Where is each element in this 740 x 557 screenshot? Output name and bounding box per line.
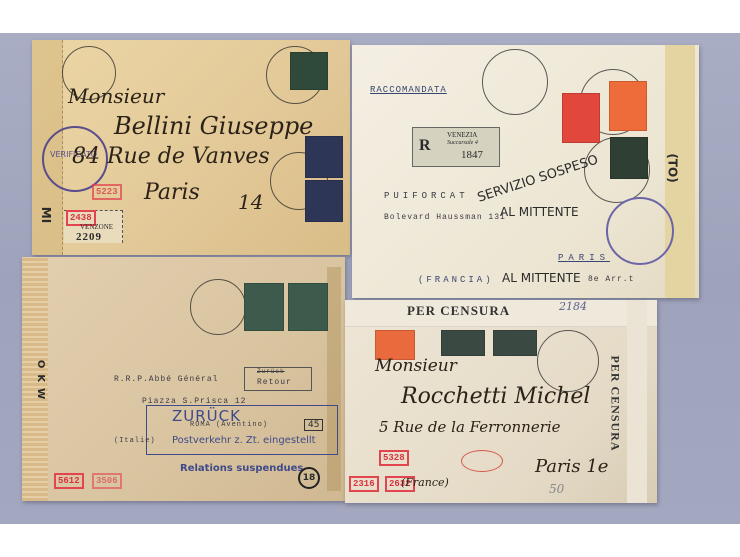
reg-town: VENZONE xyxy=(80,223,113,231)
stamp-blue-1 xyxy=(305,136,343,178)
photo-background: MI VERIFICATO Monsieur Bellini Giuseppe … xyxy=(0,33,740,524)
address-line-3: 84 Rue de Vanves xyxy=(72,144,270,169)
censor-tape-side xyxy=(627,300,647,503)
stamp-green xyxy=(610,137,648,179)
country: (Italie) xyxy=(114,437,156,445)
pencil-50: 50 xyxy=(549,482,564,496)
city: ROMA (Aventino) xyxy=(190,421,268,429)
address-line-4: Paris xyxy=(144,180,200,205)
country: (France) xyxy=(401,476,449,489)
postverkehr-text: Postverkehr z. Zt. eingestellt xyxy=(172,435,316,446)
tape-right xyxy=(327,267,341,491)
postmark-1 xyxy=(482,49,548,115)
stamp-green-1 xyxy=(244,283,284,331)
retour: Retour xyxy=(257,378,292,387)
reg-number: 2209 xyxy=(76,231,102,243)
stamp-blue-2 xyxy=(305,180,343,222)
pencil-note: 2184 xyxy=(559,300,587,313)
address-line-5: 14 xyxy=(238,190,263,214)
address-line-1: Monsieur xyxy=(68,84,164,108)
country: (FRANCIA) xyxy=(418,275,494,285)
red-box-5328: 5328 xyxy=(379,450,409,466)
okw-text: OKW xyxy=(35,360,46,405)
reg-office: Succursale 4 xyxy=(447,140,478,146)
stamp-red xyxy=(562,93,600,143)
box-number: 45 xyxy=(304,419,323,431)
side-mark: MI xyxy=(39,207,53,223)
cover-bottom-left: OKW R.R.P.Abbé Général Zurück Retour Pia… xyxy=(22,257,345,501)
address-line-2: Bellini Giuseppe xyxy=(114,112,313,140)
raccomandata: RACCOMANDATA xyxy=(370,85,447,95)
addressee: PUIFORCAT xyxy=(384,191,469,201)
stamp-green-2 xyxy=(288,283,328,331)
stamp-green-1 xyxy=(441,330,485,356)
per-censura-side: PER CENSURA xyxy=(607,355,622,451)
reg-letter: R xyxy=(419,137,431,155)
registration-label: R VENEZIA Succursale 4 1847 xyxy=(412,127,500,167)
side-mark: (TO) xyxy=(665,153,679,182)
red-box-5223: 5223 xyxy=(92,184,122,200)
addressee: R.R.P.Abbé Général xyxy=(114,375,218,384)
red-box-2316: 2316 xyxy=(349,476,379,492)
red-oval xyxy=(461,450,503,472)
per-censura-top: PER CENSURA xyxy=(407,303,510,319)
postmark xyxy=(537,330,599,392)
arrondissement: 8e Arr.t xyxy=(588,275,634,284)
address-line-3: 5 Rue de la Ferronnerie xyxy=(379,418,561,436)
zuruck-small: Zurück xyxy=(257,368,285,375)
stamp-green-2 xyxy=(493,330,537,356)
cover-bottom-right: PER CENSURA 2184 PER CENSURA Monsieur Ro… xyxy=(345,300,657,503)
reg-town: VENEZIA xyxy=(447,131,477,139)
red-box-5612: 5612 xyxy=(54,473,84,489)
relations-suspendues: Relations suspendues xyxy=(180,463,303,474)
retour-box: Zurück Retour xyxy=(244,367,312,391)
red-box-3506: 3506 xyxy=(92,473,122,489)
al-mittente-1: AL MITTENTE xyxy=(500,205,579,219)
cover-top-right: (TO) RACCOMANDATA R VENEZIA Succursale 4… xyxy=(352,45,699,298)
address-line-4: Paris 1e xyxy=(535,456,608,477)
reg-number: 1847 xyxy=(461,149,483,161)
cover-top-left: MI VERIFICATO Monsieur Bellini Giuseppe … xyxy=(32,40,350,255)
censor-circle xyxy=(606,197,674,265)
postmark-bailleul xyxy=(190,279,246,335)
street: Bolevard Haussman 131 xyxy=(384,213,506,222)
stamp-green xyxy=(290,52,328,90)
stamp-orange xyxy=(609,81,647,131)
al-mittente-2: AL MITTENTE xyxy=(502,271,581,285)
city: PARIS xyxy=(558,253,610,263)
address-line-1: Monsieur xyxy=(375,356,457,376)
address-line-2: Rocchetti Michel xyxy=(401,384,590,409)
circle-mark: 18 xyxy=(298,467,320,489)
